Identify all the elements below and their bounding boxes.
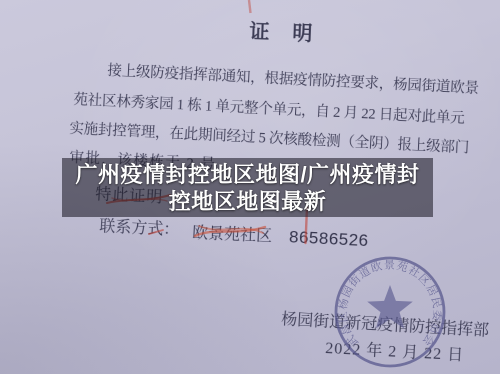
- red-mark-top: [249, 0, 251, 13]
- caption-line-1: 广州疫情封控地区地图/广州疫情封: [75, 161, 419, 188]
- red-tick-contact: [149, 230, 163, 234]
- caption-line-2: 控地区地图最新: [169, 188, 327, 215]
- round-seal: 武昌区杨园街道欧景苑社区居民委员会: [335, 258, 444, 366]
- seal-star-icon: [367, 285, 413, 328]
- caption-banner: 广州疫情封控地区地图/广州疫情封 控地区地图最新: [62, 158, 433, 217]
- document-photo: 证 明 接上级防疫指挥部通知，根据疫情防控要求，杨园街道欧景 苑社区林秀家园 1…: [0, 0, 500, 374]
